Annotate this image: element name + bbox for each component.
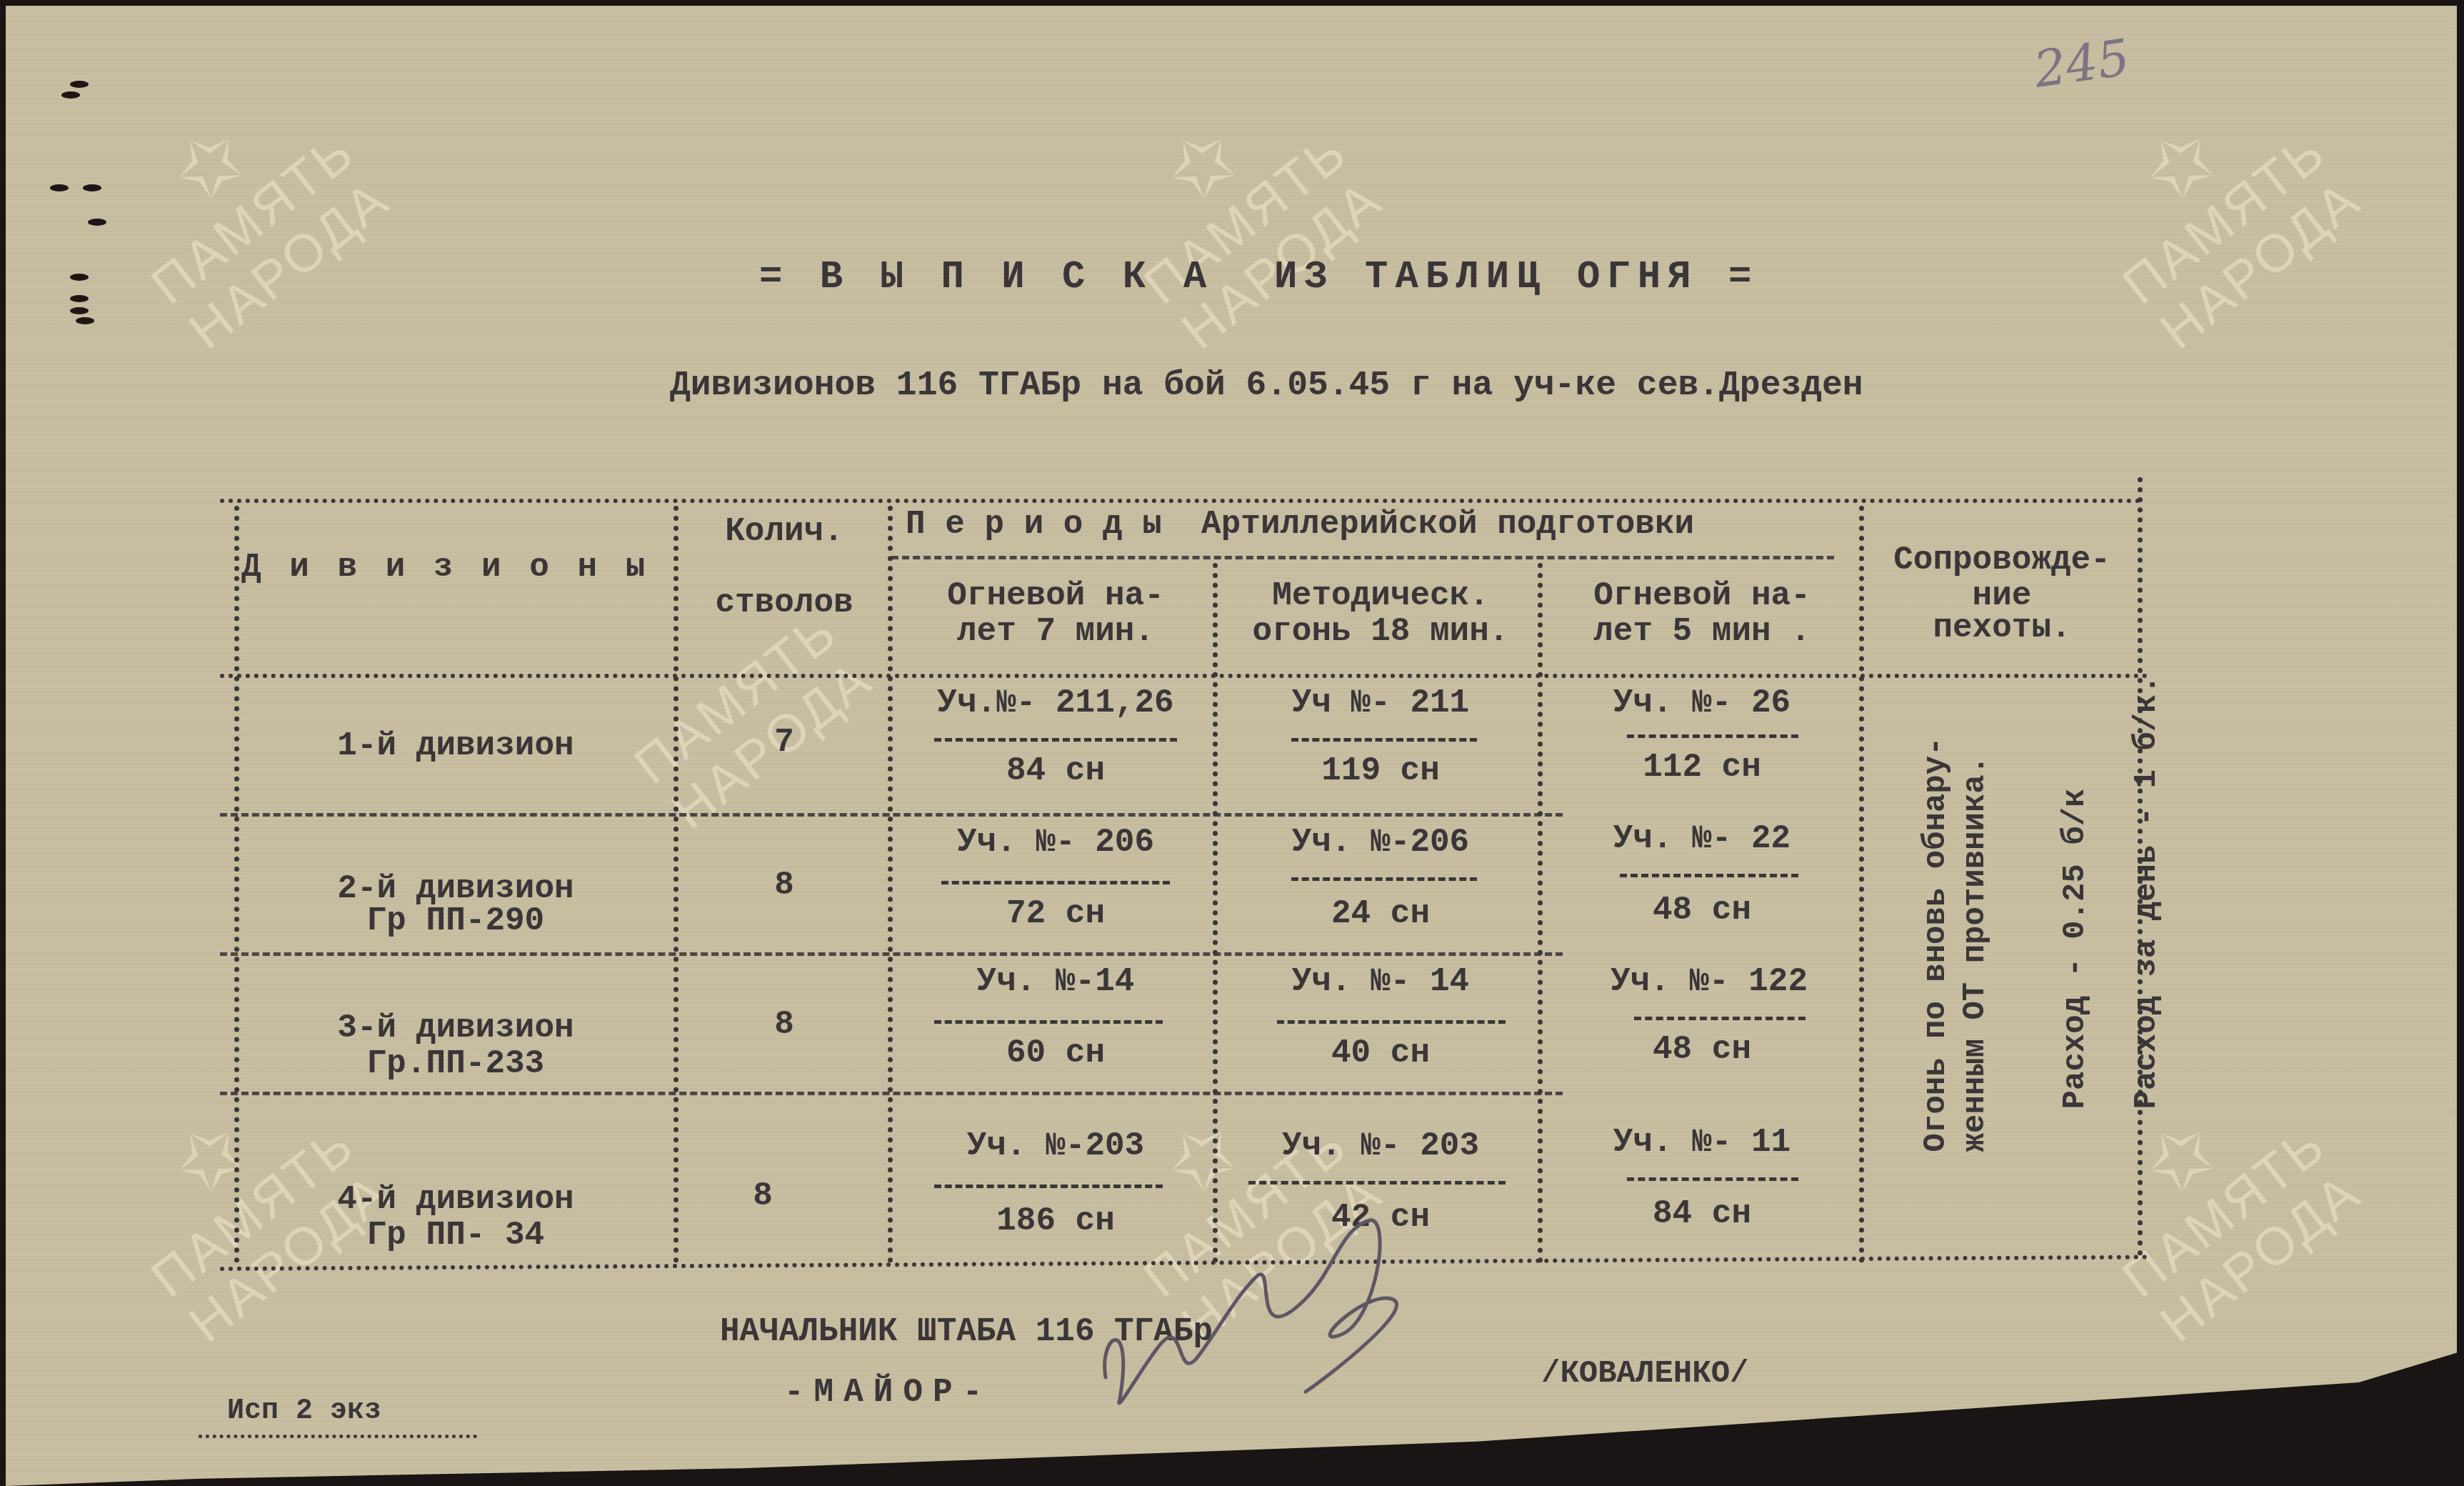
fraction-line — [1248, 1181, 1506, 1185]
watermark: ПАМЯТЬ НАРОДА — [623, 602, 884, 842]
row3-division: 3-й дивизион — [249, 1009, 663, 1047]
column-divider — [888, 506, 893, 1263]
header-period2-line2: огонь 18 мин. — [1223, 613, 1538, 650]
binder-hole — [70, 81, 89, 88]
copies-underline — [199, 1435, 477, 1438]
fraction-line — [1627, 734, 1798, 738]
row3-group: Гр.ПП-233 — [249, 1045, 663, 1082]
fraction-line — [1291, 738, 1477, 742]
watermark: ✩ ПАМЯТЬ НАРОДА — [92, 60, 401, 361]
table-left-border — [234, 506, 239, 1263]
row1-p1-shells: 84 сн — [898, 752, 1213, 789]
periods-divider — [891, 556, 1834, 559]
row2-p3-sector: Уч. №- 22 — [1548, 820, 1855, 857]
row3-p1-sector: Уч. №-14 — [898, 963, 1213, 1000]
fraction-line — [1627, 1177, 1798, 1181]
copies-note: Исп 2 экз — [227, 1395, 381, 1427]
document-title: = В Ы П И С К А ИЗ ТАБЛИЦ ОГНЯ = — [759, 256, 1758, 299]
signatory-name: /КОВАЛЕНКО/ — [1541, 1356, 1748, 1392]
header-period1-line1: Огневой на- — [898, 577, 1213, 614]
column-divider — [1538, 563, 1543, 1263]
row3-p3-sector: Уч. №- 122 — [1548, 963, 1870, 1000]
header-barrels-line2: стволов — [684, 584, 884, 622]
page-number: 245 — [2030, 28, 2133, 99]
escort-daily-consumption: Расход за день - 1 б/к. — [2091, 677, 2203, 1185]
fraction-line — [1620, 874, 1798, 877]
binder-hole — [70, 295, 89, 302]
row1-p1-sector: Уч.№- 211,26 — [898, 684, 1213, 722]
binder-hole — [70, 274, 89, 281]
fraction-line — [1634, 1017, 1806, 1020]
document-page: ✩ ПАМЯТЬ НАРОДА ✩ ПАМЯТЬ НАРОДА ✩ ПАМЯТЬ… — [6, 6, 2457, 1486]
row4-division: 4-й дивизион — [249, 1181, 663, 1218]
column-divider — [1213, 563, 1218, 1263]
fraction-line — [1291, 877, 1477, 881]
escort-fire-line2: женным ОТ противника. — [1958, 756, 1993, 1152]
row1-p2-shells: 119 сн — [1223, 752, 1538, 789]
row2-p2-sector: Уч. №-206 — [1223, 824, 1538, 861]
binder-hole — [70, 307, 89, 314]
header-divisions: Д и в и з и о н ы — [241, 549, 641, 586]
row4-group: Гр ПП- 34 — [249, 1217, 663, 1254]
row3-p2-shells: 40 сн — [1223, 1034, 1538, 1072]
table-top-border — [220, 499, 2141, 503]
watermark: ✩ ПАМЯТЬ НАРОДА — [1085, 60, 1394, 361]
row3-barrels: 8 — [684, 1006, 884, 1043]
header-period2-line1: Методическ. — [1223, 577, 1538, 614]
row2-p2-shells: 24 сн — [1223, 895, 1538, 932]
row1-p3-sector: Уч. №- 26 — [1548, 684, 1855, 722]
column-divider — [673, 506, 678, 1263]
handwritten-signature — [1091, 1213, 1534, 1427]
fraction-line — [941, 881, 1170, 884]
header-periods: П е р и о д ы Артиллерийской подготовки — [906, 506, 1848, 543]
escort-daily-consumption-text: Расход за день - 1 б/к. — [2129, 675, 2165, 1109]
row1-division: 1-й дивизион — [249, 727, 663, 764]
row2-group: Гр ПП-290 — [249, 902, 663, 939]
header-period3-line1: Огневой на- — [1548, 577, 1855, 614]
binder-hole — [76, 317, 94, 324]
binder-hole — [88, 219, 106, 226]
row2-p3-shells: 48 сн — [1548, 892, 1855, 929]
binder-hole — [50, 184, 69, 191]
watermark: ✩ ПАМЯТЬ НАРОДА — [2063, 60, 2373, 361]
row3-p3-shells: 48 сн — [1548, 1031, 1855, 1068]
fraction-line — [1277, 1020, 1506, 1024]
row2-barrels: 8 — [684, 867, 884, 904]
header-barrels-line1: Колич. — [684, 513, 884, 550]
document-subtitle: Дивизионов 116 ТГАБр на бой 6.05.45 г на… — [670, 366, 1863, 405]
row4-p3-sector: Уч. №- 11 — [1548, 1124, 1855, 1161]
binder-hole — [61, 91, 80, 99]
header-escort-line1: Сопровожде- — [1870, 542, 2134, 579]
escort-fire-text-2: женным ОТ противника. — [1920, 792, 2031, 1227]
row2-p1-shells: 72 сн — [898, 895, 1213, 932]
escort-consumption-text: Расход - 0.25 б/к — [2058, 789, 2093, 1109]
row4-p2-sector: Уч. №- 203 — [1223, 1127, 1538, 1165]
row4-p3-shells: 84 сн — [1548, 1195, 1855, 1232]
row1-barrels: 7 — [684, 724, 884, 761]
signatory-rank: -МАЙОР- — [784, 1374, 992, 1411]
row3-p1-shells: 60 сн — [898, 1034, 1213, 1072]
row4-p1-sector: Уч. №-203 — [898, 1127, 1213, 1165]
row4-barrels: 8 — [663, 1177, 863, 1215]
fraction-line — [934, 1020, 1163, 1024]
header-period3-line2: лет 5 мин . — [1548, 613, 1855, 650]
header-period1-line2: лет 7 мин. — [898, 613, 1213, 650]
fraction-line — [934, 738, 1177, 742]
row2-p1-sector: Уч. №- 206 — [898, 824, 1213, 861]
row1-p2-sector: Уч №- 211 — [1223, 684, 1538, 722]
binder-hole — [83, 184, 101, 191]
fraction-line — [934, 1185, 1163, 1188]
header-escort-line3: пехоты. — [1870, 609, 2134, 647]
column-divider — [1859, 506, 1864, 1263]
row1-p3-shells: 112 сн — [1548, 749, 1855, 786]
row3-p2-sector: Уч. №- 14 — [1223, 963, 1538, 1000]
